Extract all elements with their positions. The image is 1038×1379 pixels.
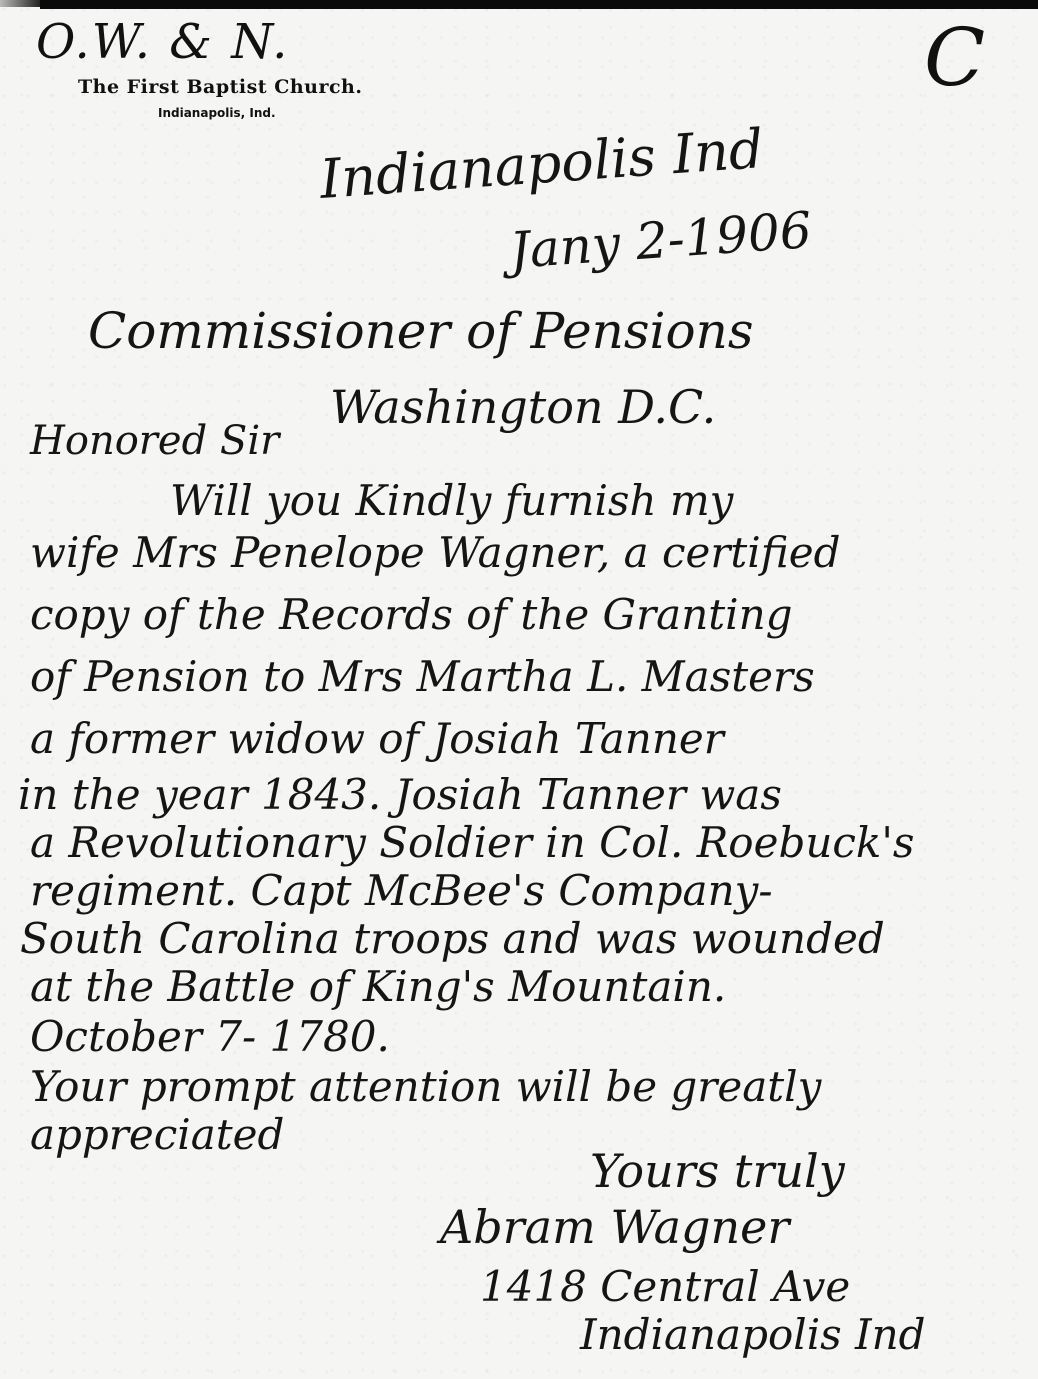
letterhead-city: Indianapolis, Ind. bbox=[158, 106, 276, 120]
letter-place: Indianapolis Ind bbox=[318, 117, 766, 211]
sender-address-line-1: 1418 Central Ave bbox=[480, 1262, 850, 1311]
signature: Abram Wagner bbox=[440, 1200, 789, 1254]
body-line: a Revolutionary Soldier in Col. Roebuck'… bbox=[30, 818, 914, 867]
body-line: October 7- 1780. bbox=[30, 1012, 390, 1061]
body-line: a former widow of Josiah Tanner bbox=[30, 714, 724, 763]
file-mark: O.W. & N. bbox=[36, 14, 289, 70]
recipient-line-1: Commissioner of Pensions bbox=[88, 302, 753, 360]
body-line: copy of the Records of the Granting bbox=[30, 590, 793, 639]
sender-address-line-2: Indianapolis Ind bbox=[580, 1310, 926, 1359]
letterhead-title: The First Baptist Church. bbox=[78, 76, 362, 98]
corner-mark: C bbox=[924, 18, 985, 98]
body-line: appreciated bbox=[30, 1110, 284, 1159]
letter-page: O.W. & N. The First Baptist Church. Indi… bbox=[0, 0, 1038, 1379]
recipient-line-2: Washington D.C. bbox=[330, 380, 716, 434]
salutation: Honored Sir bbox=[30, 418, 279, 464]
body-line: in the year 1843. Josiah Tanner was bbox=[18, 770, 782, 819]
scan-edge-shadow bbox=[0, 0, 40, 7]
body-line: regiment. Capt McBee's Company- bbox=[30, 866, 773, 915]
scan-top-border bbox=[40, 0, 1038, 9]
body-line: of Pension to Mrs Martha L. Masters bbox=[30, 652, 815, 701]
body-line: wife Mrs Penelope Wagner, a certified bbox=[30, 528, 841, 577]
body-line: Will you Kindly furnish my bbox=[170, 476, 733, 525]
closing: Yours truly bbox=[590, 1144, 845, 1198]
body-line: Your prompt attention will be greatly bbox=[30, 1062, 821, 1111]
body-line: South Carolina troops and was wounded bbox=[20, 914, 885, 963]
body-line: at the Battle of King's Mountain. bbox=[30, 962, 726, 1011]
letter-date: Jany 2-1906 bbox=[508, 201, 813, 280]
